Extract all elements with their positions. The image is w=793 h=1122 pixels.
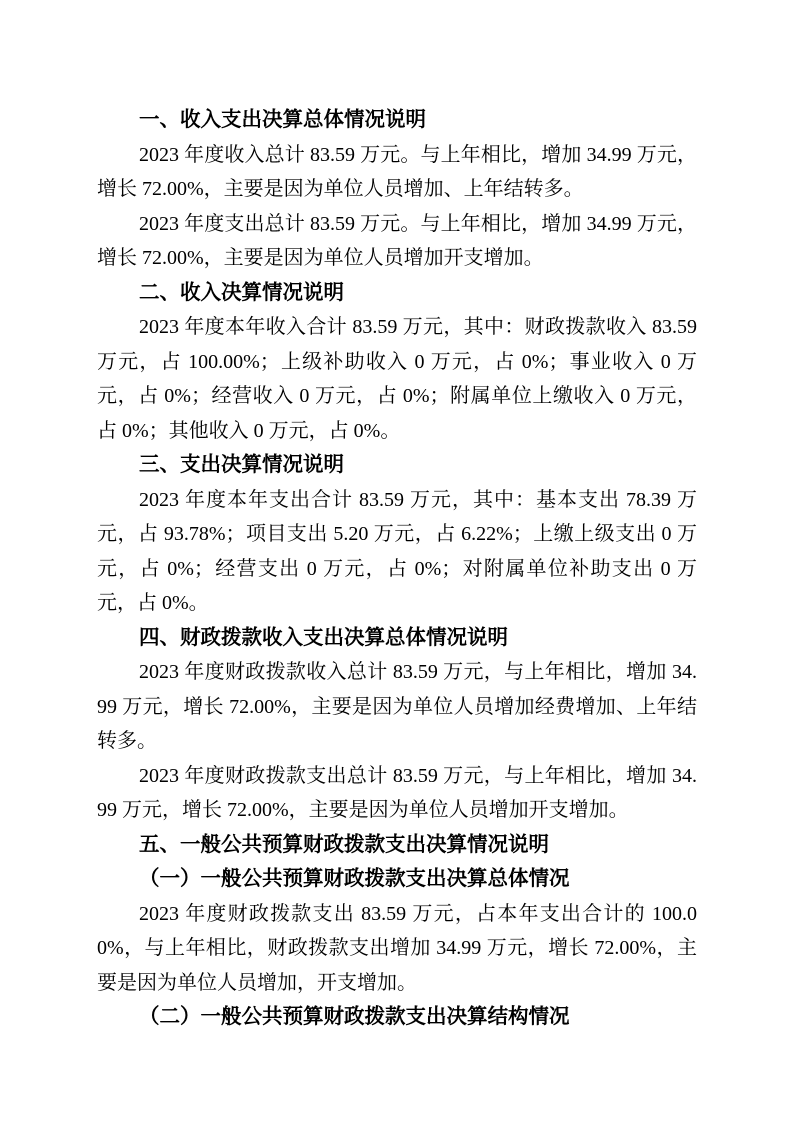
document-content: 一、收入支出决算总体情况说明 2023 年度收入总计 83.59 万元。与上年相… bbox=[97, 103, 697, 1035]
body-paragraph: 2023 年度收入总计 83.59 万元。与上年相比，增加 34.99 万元，增… bbox=[97, 138, 697, 207]
body-paragraph: 2023 年度支出总计 83.59 万元。与上年相比，增加 34.99 万元，增… bbox=[97, 207, 697, 276]
body-paragraph: 2023 年度财政拨款收入总计 83.59 万元，与上年相比，增加 34.99 … bbox=[97, 655, 697, 759]
section-heading-5: 五、一般公共预算财政拨款支出决算情况说明 bbox=[97, 828, 697, 863]
body-paragraph: 2023 年度本年收入合计 83.59 万元，其中：财政拨款收入 83.59 万… bbox=[97, 310, 697, 448]
body-paragraph: 2023 年度财政拨款支出 83.59 万元，占本年支出合计的 100.00%，… bbox=[97, 897, 697, 1001]
section-heading-4: 四、财政拨款收入支出决算总体情况说明 bbox=[97, 621, 697, 656]
section-heading-3: 三、支出决算情况说明 bbox=[97, 448, 697, 483]
document-page: 一、收入支出决算总体情况说明 2023 年度收入总计 83.59 万元。与上年相… bbox=[0, 0, 793, 1122]
section-heading-1: 一、收入支出决算总体情况说明 bbox=[97, 103, 697, 138]
subsection-heading-5-1: （一）一般公共预算财政拨款支出决算总体情况 bbox=[97, 862, 697, 897]
section-heading-2: 二、收入决算情况说明 bbox=[97, 276, 697, 311]
body-paragraph: 2023 年度本年支出合计 83.59 万元，其中：基本支出 78.39 万元，… bbox=[97, 483, 697, 621]
subsection-heading-5-2: （二）一般公共预算财政拨款支出决算结构情况 bbox=[97, 1000, 697, 1035]
body-paragraph: 2023 年度财政拨款支出总计 83.59 万元，与上年相比，增加 34.99 … bbox=[97, 759, 697, 828]
